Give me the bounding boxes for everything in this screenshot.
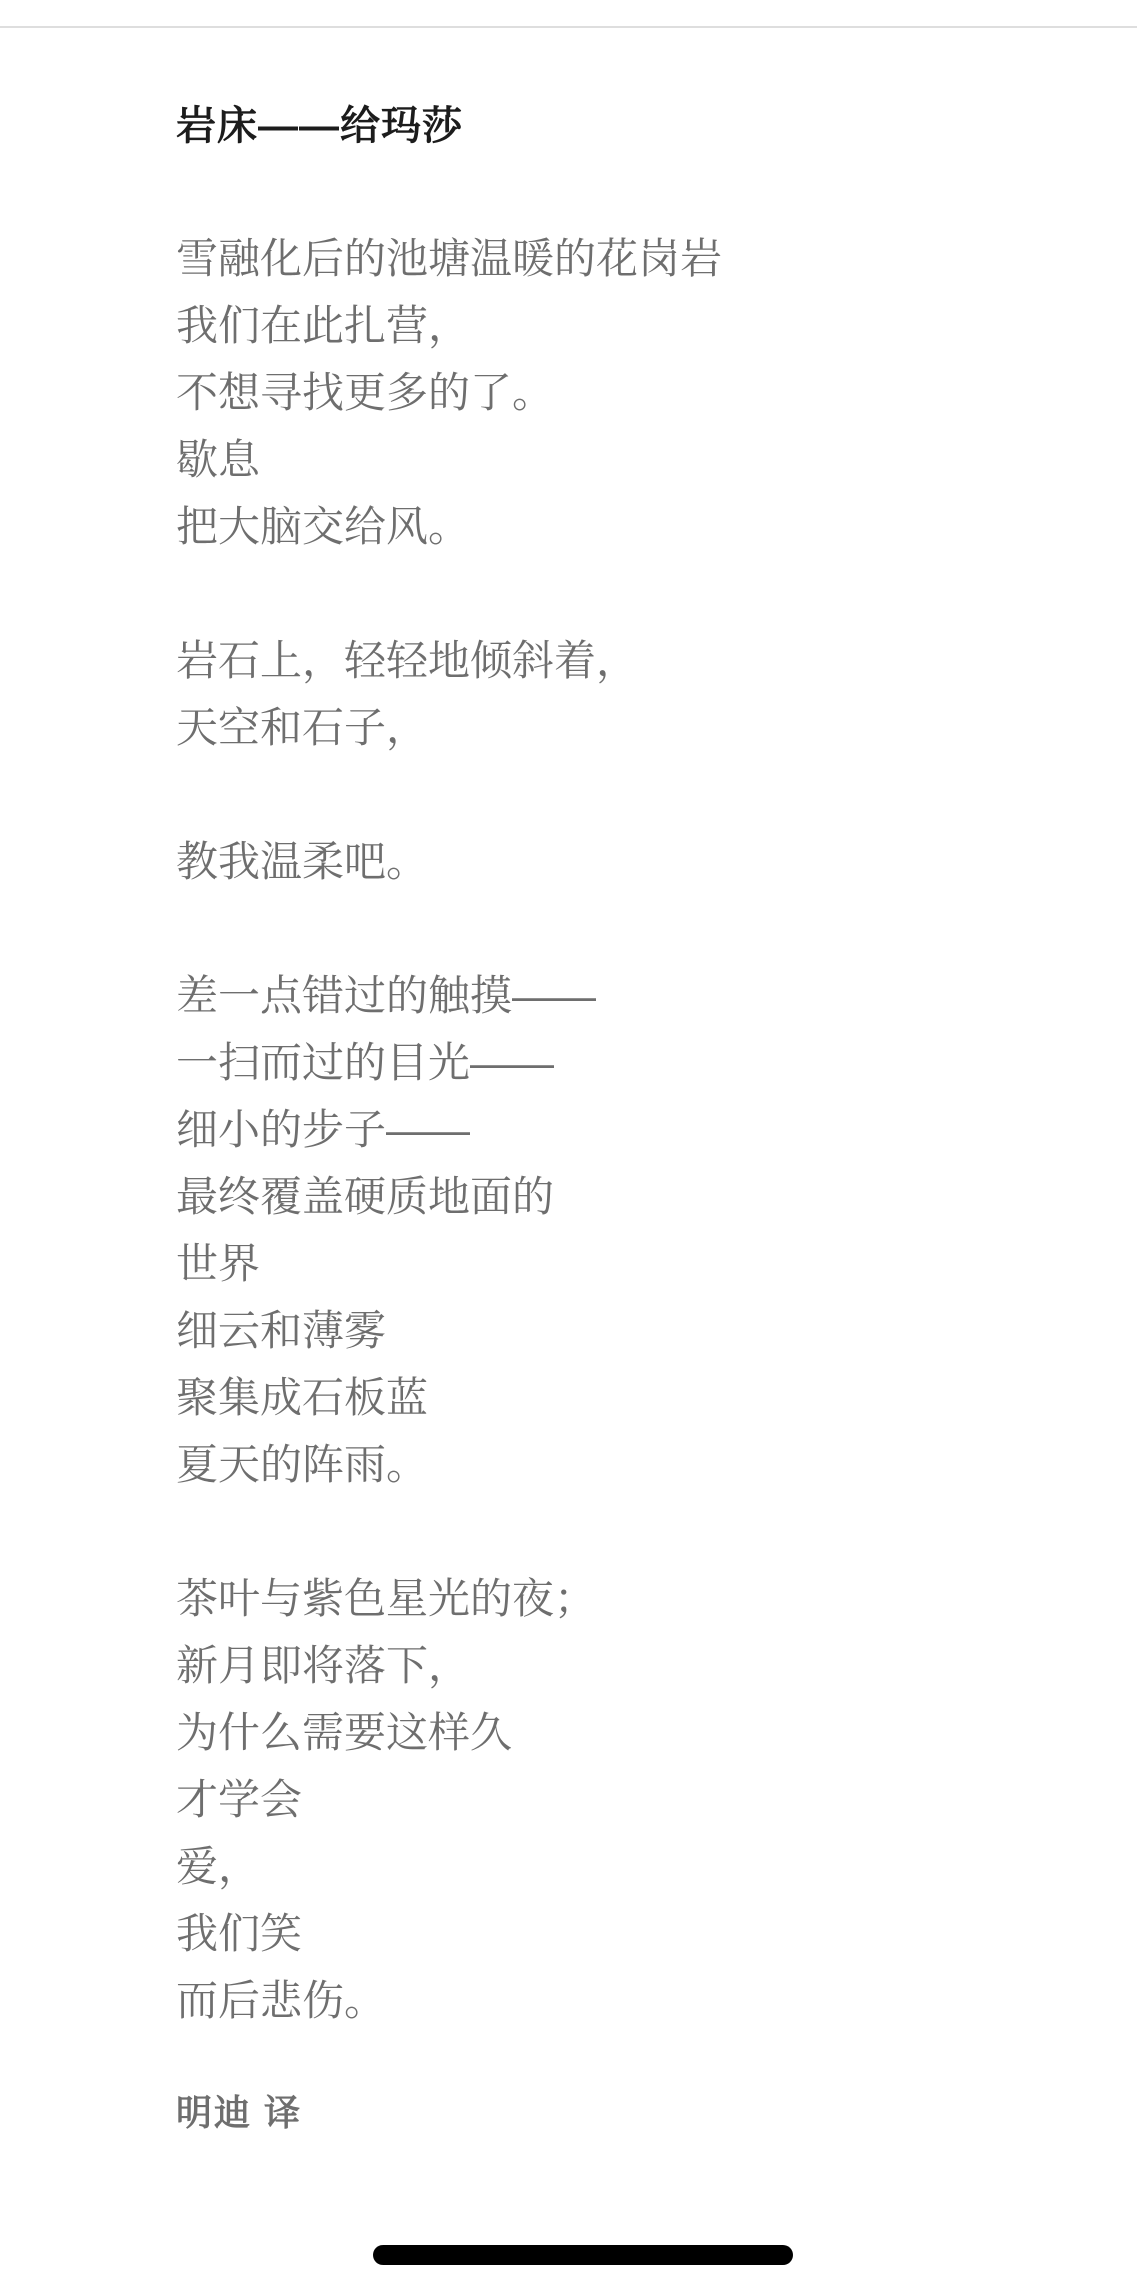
poem-line: 聚集成石板蓝: [176, 1364, 1017, 1431]
poem-line: 细云和薄雾: [176, 1297, 1017, 1364]
poem-stanza: 差一点错过的触摸——一扫而过的目光——细小的步子——最终覆盖硬质地面的世界细云和…: [176, 962, 1017, 1498]
home-indicator[interactable]: [373, 2245, 793, 2265]
poem-line: 雪融化后的池塘温暖的花岗岩: [176, 225, 1017, 292]
poem-stanza: 岩石上，轻轻地倾斜着，天空和石子，: [176, 627, 1017, 761]
translator-credit: 明迪 译: [176, 2089, 1017, 2137]
poem-title: 岩床——给玛莎: [176, 102, 1017, 150]
poem-line: 为什么需要这样久: [176, 1699, 1017, 1766]
poem-line: 我们笑: [176, 1900, 1017, 1967]
poem-line: 一扫而过的目光——: [176, 1029, 1017, 1096]
poem-line: 夏天的阵雨。: [176, 1431, 1017, 1498]
poem-line: 我们在此扎营，: [176, 292, 1017, 359]
poem-line: 把大脑交给风。: [176, 493, 1017, 560]
poem-line: 细小的步子——: [176, 1096, 1017, 1163]
poem-line: 而后悲伤。: [176, 1967, 1017, 2034]
poem-line: 世界: [176, 1230, 1017, 1297]
poem-line: 歇息: [176, 426, 1017, 493]
reader-screen: 岩床——给玛莎 雪融化后的池塘温暖的花岗岩我们在此扎营，不想寻找更多的了。歇息把…: [0, 0, 1137, 2284]
poem-line: 不想寻找更多的了。: [176, 359, 1017, 426]
poem-line: 天空和石子，: [176, 694, 1017, 761]
poem-line: 岩石上，轻轻地倾斜着，: [176, 627, 1017, 694]
poem-line: 最终覆盖硬质地面的: [176, 1163, 1017, 1230]
poem-stanza: 茶叶与紫色星光的夜；新月即将落下，为什么需要这样久才学会爱，我们笑而后悲伤。: [176, 1565, 1017, 2034]
poem-line: 茶叶与紫色星光的夜；: [176, 1565, 1017, 1632]
poem-body: 雪融化后的池塘温暖的花岗岩我们在此扎营，不想寻找更多的了。歇息把大脑交给风。岩石…: [176, 225, 1017, 2034]
poem-line: 爱，: [176, 1833, 1017, 1900]
poem-line: 才学会: [176, 1766, 1017, 1833]
poem-line: 新月即将落下，: [176, 1632, 1017, 1699]
article-content: 岩床——给玛莎 雪融化后的池塘温暖的花岗岩我们在此扎营，不想寻找更多的了。歇息把…: [0, 27, 1137, 2137]
poem-stanza: 教我温柔吧。: [176, 828, 1017, 895]
poem-stanza: 雪融化后的池塘温暖的花岗岩我们在此扎营，不想寻找更多的了。歇息把大脑交给风。: [176, 225, 1017, 560]
poem-line: 差一点错过的触摸——: [176, 962, 1017, 1029]
poem-line: 教我温柔吧。: [176, 828, 1017, 895]
